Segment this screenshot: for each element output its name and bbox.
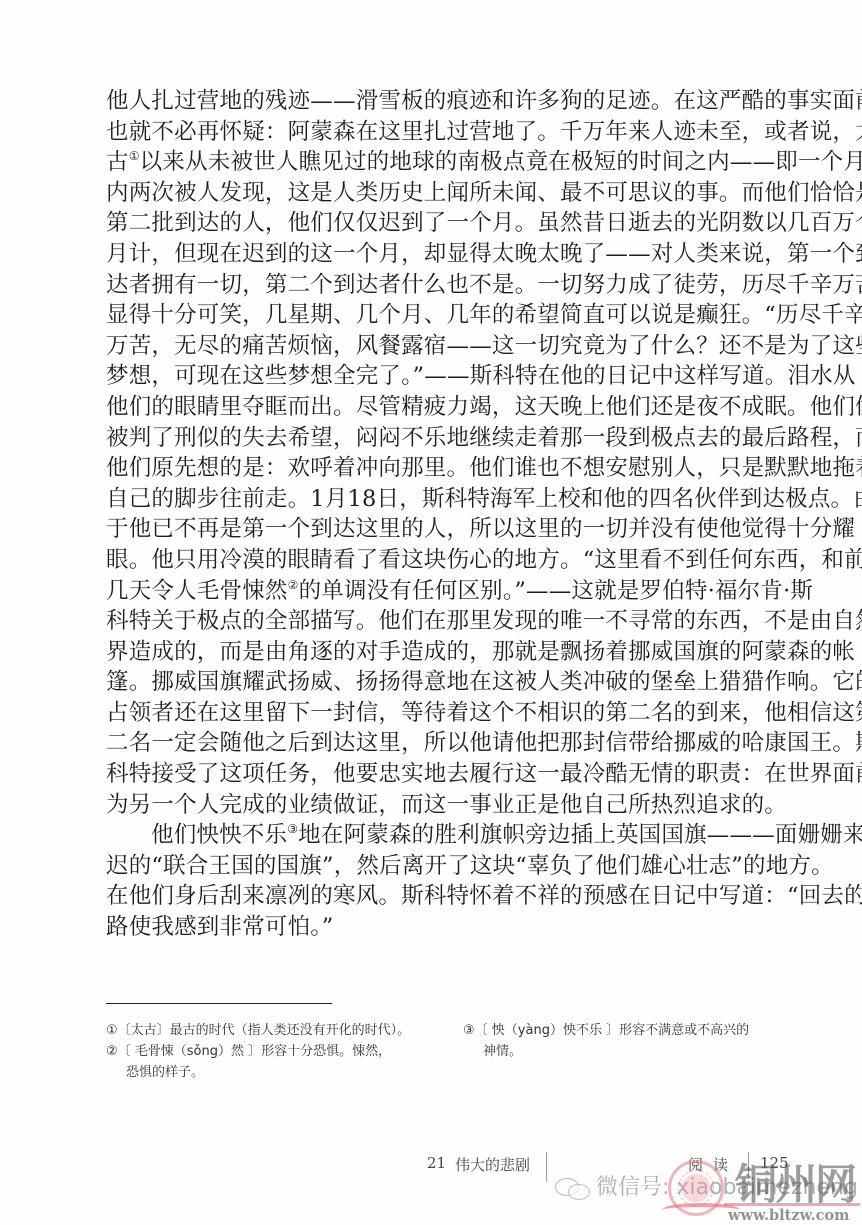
footer-divider — [546, 1152, 547, 1182]
footnote-text: 〔 怏（yàng）怏不乐 〕形容不满意或不高兴的 — [475, 1023, 749, 1038]
text-line: 他人扎过营地的残迹——滑雪板的痕迹和许多狗的足迹。在这严酷的事实面前 — [106, 86, 766, 117]
footnote-text: 〔太古〕最古的时代（指人类还没有开化的时代）。 — [118, 1023, 411, 1038]
body-text: 他人扎过营地的残迹——滑雪板的痕迹和许多狗的足迹。在这严酷的事实面前 也就不必再… — [106, 86, 766, 943]
chapter-number: 21 — [427, 1154, 446, 1172]
footnote-1: ①〔太古〕最古的时代（指人类还没有开化的时代）。 — [106, 1020, 446, 1041]
text-line: 达者拥有一切，第二个到达者什么也不是。一切努力成了徒劳，历尽千辛万苦 — [106, 270, 766, 301]
text-line: 界造成的，而是由角逐的对手造成的，那就是飘扬着挪威国旗的阿蒙森的帐 — [106, 637, 766, 668]
site-url-watermark: www.bltzw.com — [728, 1207, 850, 1224]
text-line: 第二批到达的人，他们仅仅迟到了一个月。虽然昔日逝去的光阴数以几百万个 — [106, 208, 766, 239]
footnote-marker: ① — [106, 1023, 118, 1038]
text-line: 自己的脚步往前走。1月18日，斯科特海军上校和他的四名伙伴到达极点。由 — [106, 484, 766, 515]
text-fragment: 的单调没有任何区别。”——这就是罗伯特·福尔肯·斯 — [299, 578, 814, 604]
footnotes-left: ①〔太古〕最古的时代（指人类还没有开化的时代）。 ②〔 毛骨悚（sǒng）然 〕… — [106, 1020, 446, 1083]
footnote-3: ③〔 怏（yàng）怏不乐 〕形容不满意或不高兴的 — [463, 1020, 803, 1041]
paragraph-start-line: 他们怏怏不乐③地在阿蒙森的胜利旗帜旁边插上英国国旗———面姗姗来 — [106, 820, 766, 851]
text-fragment: 古 — [106, 149, 129, 175]
text-line: 也就不必再怀疑：阿蒙森在这里扎过营地了。千万年来人迹未至，或者说，太 — [106, 117, 766, 148]
text-line: 内两次被人发现，这是人类历史上闻所未闻、最不可思议的事。而他们恰恰是 — [106, 178, 766, 209]
text-line: 科特接受了这项任务，他要忠实地去履行这一最冷酷无情的职责：在世界面前 — [106, 759, 766, 790]
text-line: 被判了刑似的失去希望，闷闷不乐地继续走着那一段到极点去的最后路程，而 — [106, 423, 766, 454]
text-line: 他们的眼睛里夺眶而出。尽管精疲力竭，这天晚上他们还是夜不成眠。他们像 — [106, 392, 766, 423]
footnote-2: ②〔 毛骨悚（sǒng）然 〕形容十分恐惧。悚然， — [106, 1041, 446, 1062]
text-line: 科特关于极点的全部描写。他们在那里发现的唯一不寻常的东西，不是由自然 — [106, 606, 766, 637]
text-line: 篷。挪威国旗耀武扬威、扬扬得意地在这被人类冲破的堡垒上猎猎作响。它的 — [106, 667, 766, 698]
text-line: 于他已不再是第一个到达这里的人，所以这里的一切并没有使他觉得十分耀 — [106, 514, 766, 545]
footnote-divider — [106, 1003, 332, 1004]
footnote-ref-1[interactable]: ① — [129, 149, 140, 163]
site-underline — [724, 1203, 860, 1206]
text-line: 为另一个人完成的业绩做证，而这一事业正是他自己所热烈追求的。 — [106, 790, 766, 821]
footnote-marker: ② — [106, 1044, 118, 1059]
footnote-ref-2[interactable]: ② — [288, 578, 299, 592]
text-fragment: 地在阿蒙森的胜利旗帜旁边插上英国国旗———面姗姗来 — [298, 822, 862, 848]
footnote-marker: ③ — [463, 1023, 475, 1038]
text-line: 显得十分可笑，几星期、几个月、几年的希望简直可以说是癫狂。“历尽千辛 — [106, 300, 766, 331]
footnote-2-continuation: 恐惧的样子。 — [106, 1062, 446, 1083]
footnote-text: 〔 毛骨悚（sǒng）然 〕形容十分恐惧。悚然， — [118, 1044, 391, 1059]
text-line: 几天令人毛骨悚然②的单调没有任何区别。”——这就是罗伯特·福尔肯·斯 — [106, 576, 766, 607]
text-line: 占领者还在这里留下一封信，等待着这个不相识的第二名的到来，他相信这第 — [106, 698, 766, 729]
text-fragment: 他们怏怏不乐 — [151, 822, 287, 848]
footnotes-right: ③〔 怏（yàng）怏不乐 〕形容不满意或不高兴的 神情。 — [463, 1020, 803, 1062]
wechat-bubble-icon — [568, 1184, 590, 1200]
text-line: 梦想，可现在这些梦想全完了。”——斯科特在他的日记中这样写道。泪水从 — [106, 361, 766, 392]
chapter-title: 伟大的悲剧 — [455, 1154, 530, 1175]
text-line: 月计，但现在迟到的这一个月，却显得太晚太晚了——对人类来说，第一个到 — [106, 239, 766, 270]
footnote-3-continuation: 神情。 — [463, 1041, 803, 1062]
text-line: 迟的“联合王国的国旗”，然后离开了这块“辜负了他们雄心壮志”的地方。 — [106, 851, 766, 882]
text-line: 万苦，无尽的痛苦烦恼，风餐露宿——这一切究竟为了什么？还不是为了这些 — [106, 331, 766, 362]
footnote-ref-3[interactable]: ③ — [287, 822, 298, 836]
text-fragment: 几天令人毛骨悚然 — [106, 578, 288, 604]
text-line: 他们原先想的是：欢呼着冲向那里。他们谁也不想安慰别人，只是默默地拖着 — [106, 453, 766, 484]
text-line: 在他们身后刮来凛冽的寒风。斯科特怀着不祥的预感在日记中写道：“回去的 — [106, 881, 766, 912]
text-line: 眼。他只用冷漠的眼睛看了看这块伤心的地方。“这里看不到任何东西，和前 — [106, 545, 766, 576]
seal-logo-inner-icon — [678, 1170, 714, 1206]
text-fragment: 以来从未被世人瞧见过的地球的南极点竟在极短的时间之内——即一个月 — [140, 149, 862, 175]
text-line: 古①以来从未被世人瞧见过的地球的南极点竟在极短的时间之内——即一个月 — [106, 147, 766, 178]
text-line: 路使我感到非常可怕。” — [106, 912, 766, 943]
text-line: 二名一定会随他之后到达这里，所以他请他把那封信带给挪威的哈康国王。斯 — [106, 728, 766, 759]
textbook-page: 他人扎过营地的残迹——滑雪板的痕迹和许多狗的足迹。在这严酷的事实面前 也就不必再… — [0, 0, 862, 1225]
